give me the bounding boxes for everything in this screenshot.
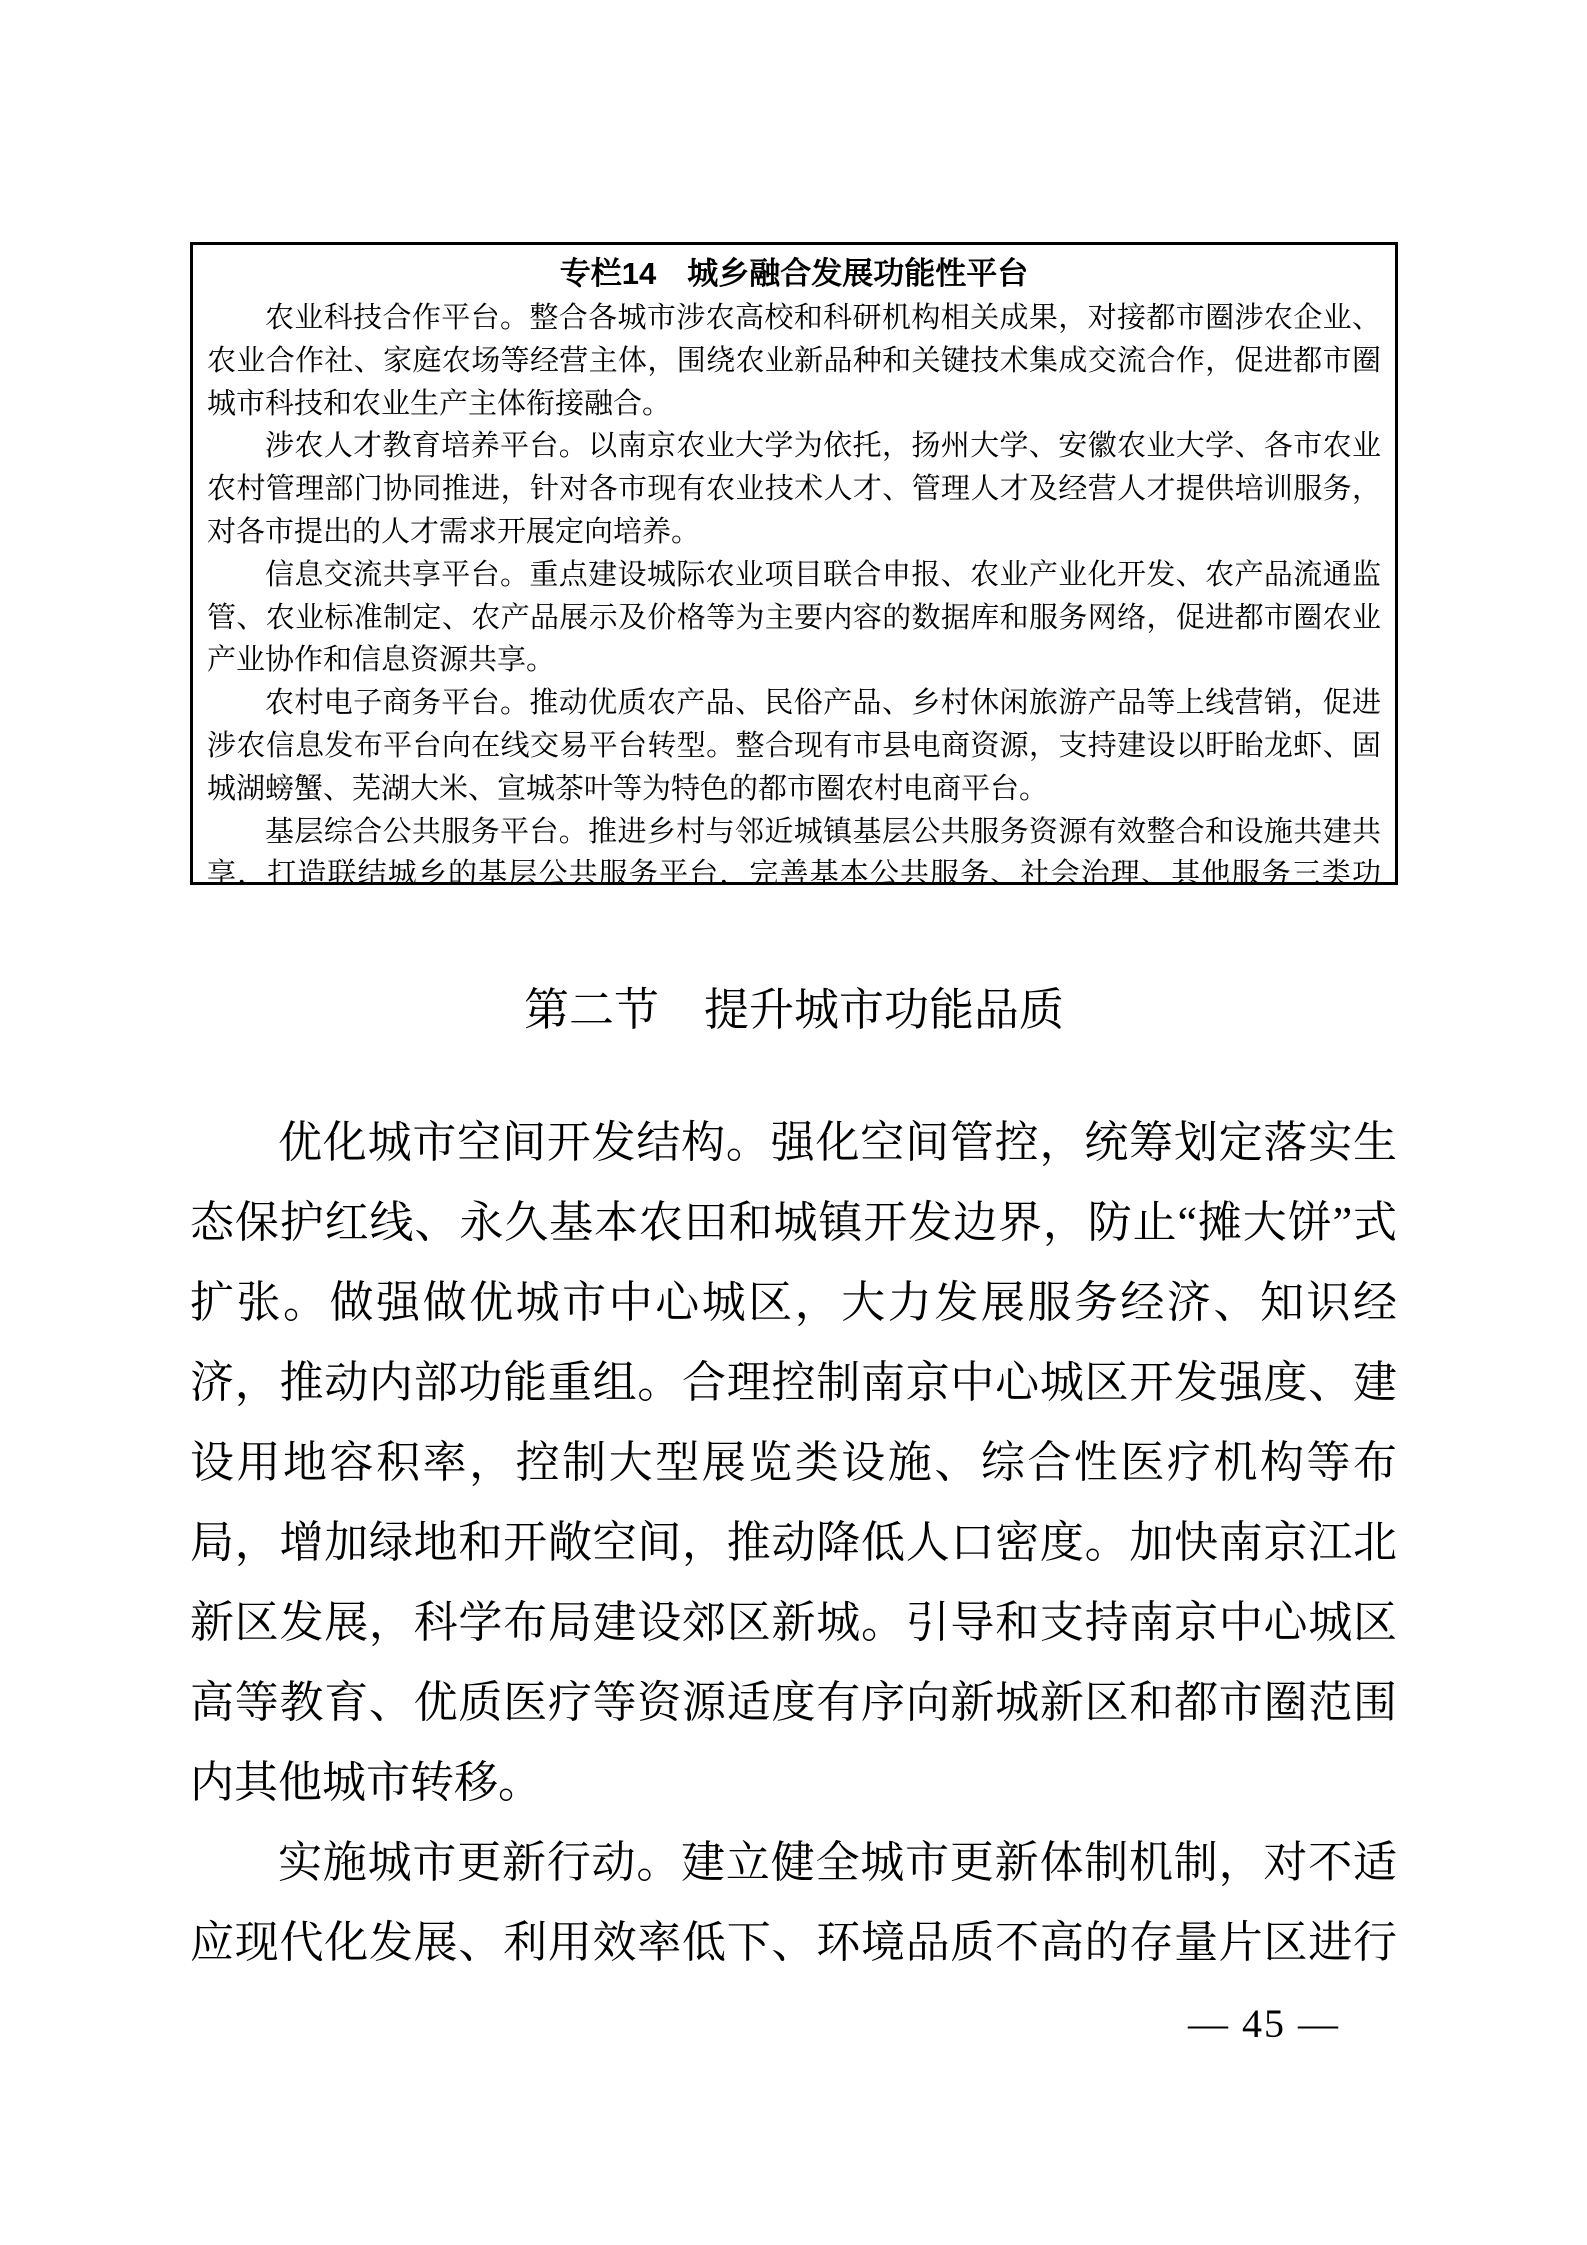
body-paragraph: 实施城市更新行动。建立健全城市更新体制机制，对不适应现代化发展、利用效率低下、环… (190, 1823, 1397, 1983)
document-page: 专栏14 城乡融合发展功能性平台 农业科技合作平台。整合各城市涉农高校和科研机构… (0, 0, 1587, 2245)
body-text-block: 优化城市空间开发结构。强化空间管控，统筹划定落实生态保护红线、永久基本农田和城镇… (190, 1103, 1397, 1983)
callout-box-paragraph: 涉农人才教育培养平台。以南京农业大学为依托，扬州大学、安徽农业大学、各市农业农村… (207, 425, 1381, 553)
callout-box-column-14: 专栏14 城乡融合发展功能性平台 农业科技合作平台。整合各城市涉农高校和科研机构… (190, 242, 1398, 885)
callout-box-title: 专栏14 城乡融合发展功能性平台 (207, 251, 1381, 297)
page-number: — 45 — (1188, 2002, 1340, 2046)
callout-box-paragraph: 农业科技合作平台。整合各城市涉农高校和科研机构相关成果，对接都市圈涉农企业、农业… (207, 297, 1381, 425)
section-heading: 第二节 提升城市功能品质 (190, 975, 1398, 1045)
body-paragraph: 优化城市空间开发结构。强化空间管控，统筹划定落实生态保护红线、永久基本农田和城镇… (190, 1103, 1397, 1823)
callout-box-paragraph: 信息交流共享平台。重点建设城际农业项目联合申报、农业产业化开发、农产品流通监管、… (207, 554, 1381, 682)
callout-box-paragraph: 农村电子商务平台。推动优质农产品、民俗产品、乡村休闲旅游产品等上线营销，促进涉农… (207, 682, 1381, 810)
callout-box-paragraph: 基层综合公共服务平台。推进乡村与邻近城镇基层公共服务资源有效整合和设施共建共享，… (207, 811, 1381, 885)
